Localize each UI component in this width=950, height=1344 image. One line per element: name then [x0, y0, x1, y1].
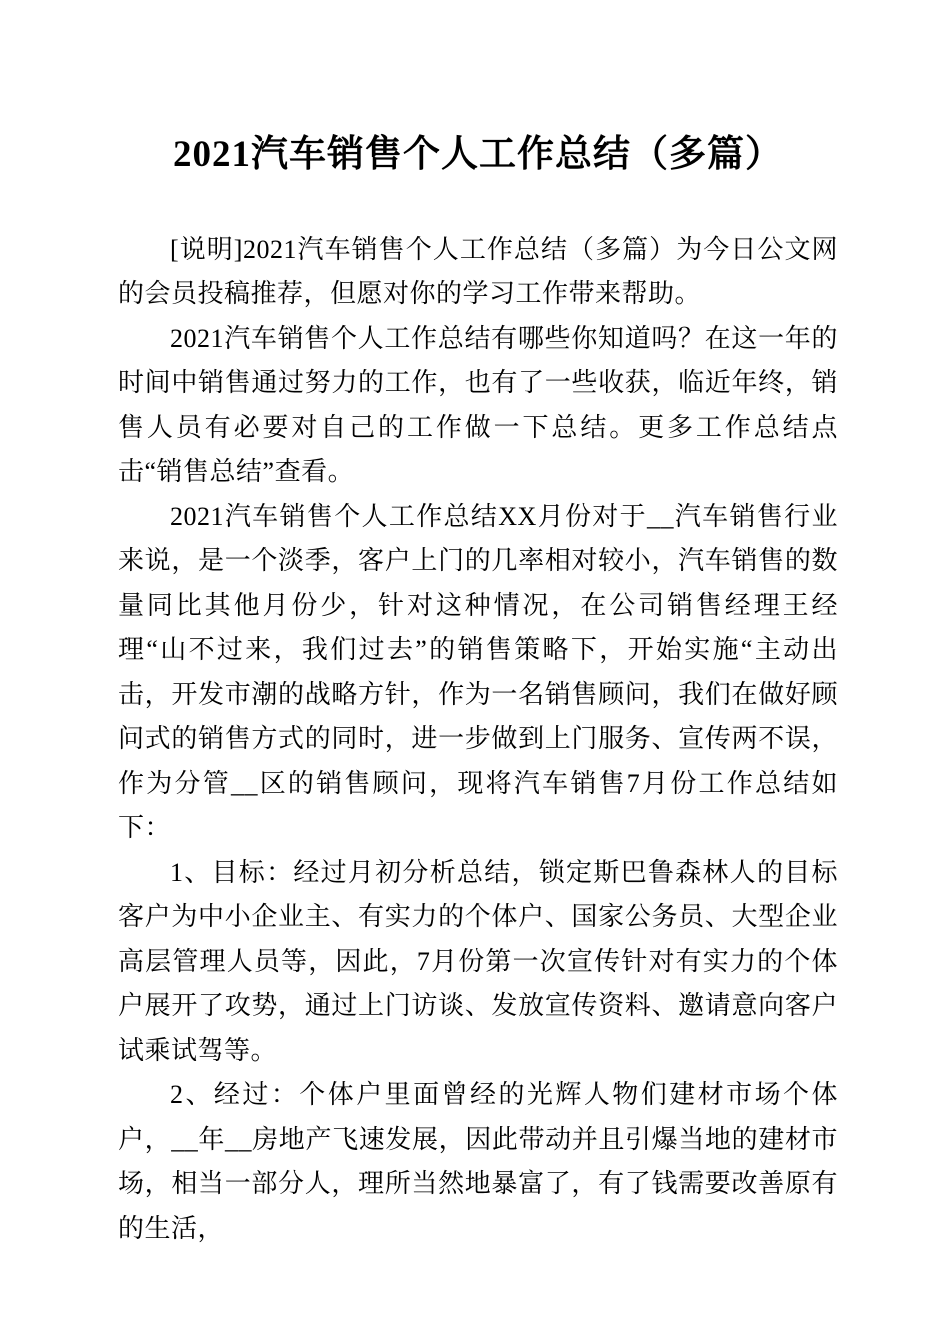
- paragraph: 2、经过：个体户里面曾经的光辉人物们建材市场个体户，__年__房地产飞速发展，因…: [118, 1073, 838, 1251]
- paragraph: 1、目标：经过月初分析总结，锁定斯巴鲁森林人的目标客户为中小企业主、有实力的个体…: [118, 851, 838, 1074]
- document-body: [说明]2021汽车销售个人工作总结（多篇）为今日公文网的会员投稿推荐，但愿对你…: [118, 228, 838, 1252]
- paragraph: [说明]2021汽车销售个人工作总结（多篇）为今日公文网的会员投稿推荐，但愿对你…: [118, 228, 838, 317]
- paragraph: 2021汽车销售个人工作总结XX月份对于__汽车销售行业来说，是一个淡季，客户上…: [118, 495, 838, 851]
- paragraph: 2021汽车销售个人工作总结有哪些你知道吗？在这一年的时间中销售通过努力的工作，…: [118, 317, 838, 495]
- document-title: 2021汽车销售个人工作总结（多篇）: [118, 128, 838, 182]
- document-page: 2021汽车销售个人工作总结（多篇） [说明]2021汽车销售个人工作总结（多篇…: [0, 0, 950, 1344]
